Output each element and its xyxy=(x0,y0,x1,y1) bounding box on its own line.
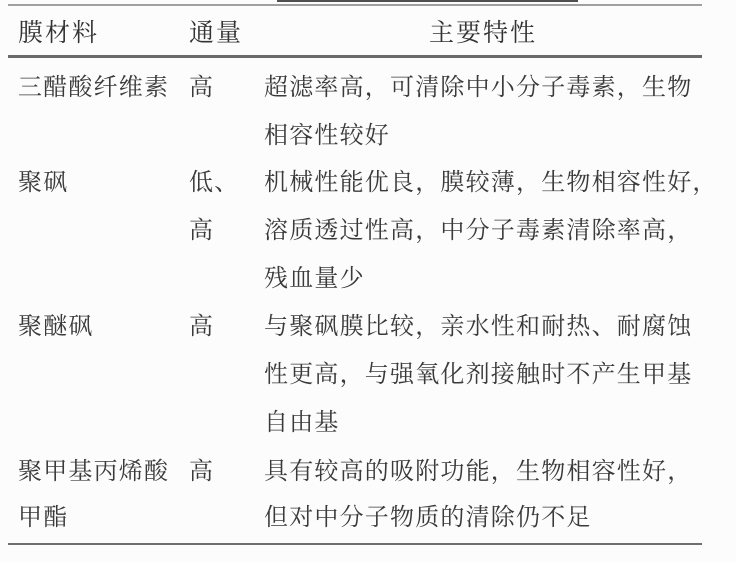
cell-flux-row2-line2: 高 xyxy=(189,217,214,245)
cell-features-row3-line1: 与聚砜膜比较，亲水性和耐热、耐腐蚀 xyxy=(264,313,692,341)
cell-material-row2: 聚砜 xyxy=(18,169,68,197)
table-top-rule xyxy=(8,4,702,6)
table-bottom-rule xyxy=(8,543,702,545)
col-header-material: 膜材料 xyxy=(18,20,99,48)
cell-material-row3: 聚醚砜 xyxy=(18,313,94,341)
cell-features-row2-line3: 残血量少 xyxy=(264,265,365,293)
cell-features-row4-line2: 但对中分子物质的清除仍不足 xyxy=(264,504,592,532)
cell-flux-row4: 高 xyxy=(189,458,214,486)
cell-features-row2-line2: 溶质透过性高，中分子毒素清除率高， xyxy=(264,217,692,245)
col-header-features: 主要特性 xyxy=(264,20,702,48)
cell-material-row4-line2: 甲酯 xyxy=(18,504,68,532)
document-page: 膜材料 通量 主要特性 三醋酸纤维素 高 超滤率高，可清除中小分子毒素，生物 相… xyxy=(0,0,736,562)
cell-flux-row2-line1: 低、 xyxy=(189,169,239,197)
cell-features-row1-line1: 超滤率高，可清除中小分子毒素，生物 xyxy=(264,74,692,102)
col-header-flux: 通量 xyxy=(189,20,243,48)
cell-features-row2-line1: 机械性能优良，膜较薄，生物相容性好， xyxy=(264,169,718,197)
cell-features-row1-line2: 相容性较好 xyxy=(264,122,390,150)
table-header-separator-rule xyxy=(8,55,702,58)
cell-features-row4-line1: 具有较高的吸附功能，生物相容性好， xyxy=(264,458,692,486)
cell-material-row4-line1: 聚甲基丙烯酸 xyxy=(18,458,169,486)
cell-features-row3-line2: 性更高，与强氧化剂接触时不产生甲基 xyxy=(264,361,692,389)
cell-flux-row1: 高 xyxy=(189,74,214,102)
cell-material-row1: 三醋酸纤维素 xyxy=(18,74,169,102)
top-crop-artifact-line xyxy=(277,0,578,2)
cell-flux-row3: 高 xyxy=(189,313,214,341)
cell-features-row3-line3: 自由基 xyxy=(264,409,340,437)
